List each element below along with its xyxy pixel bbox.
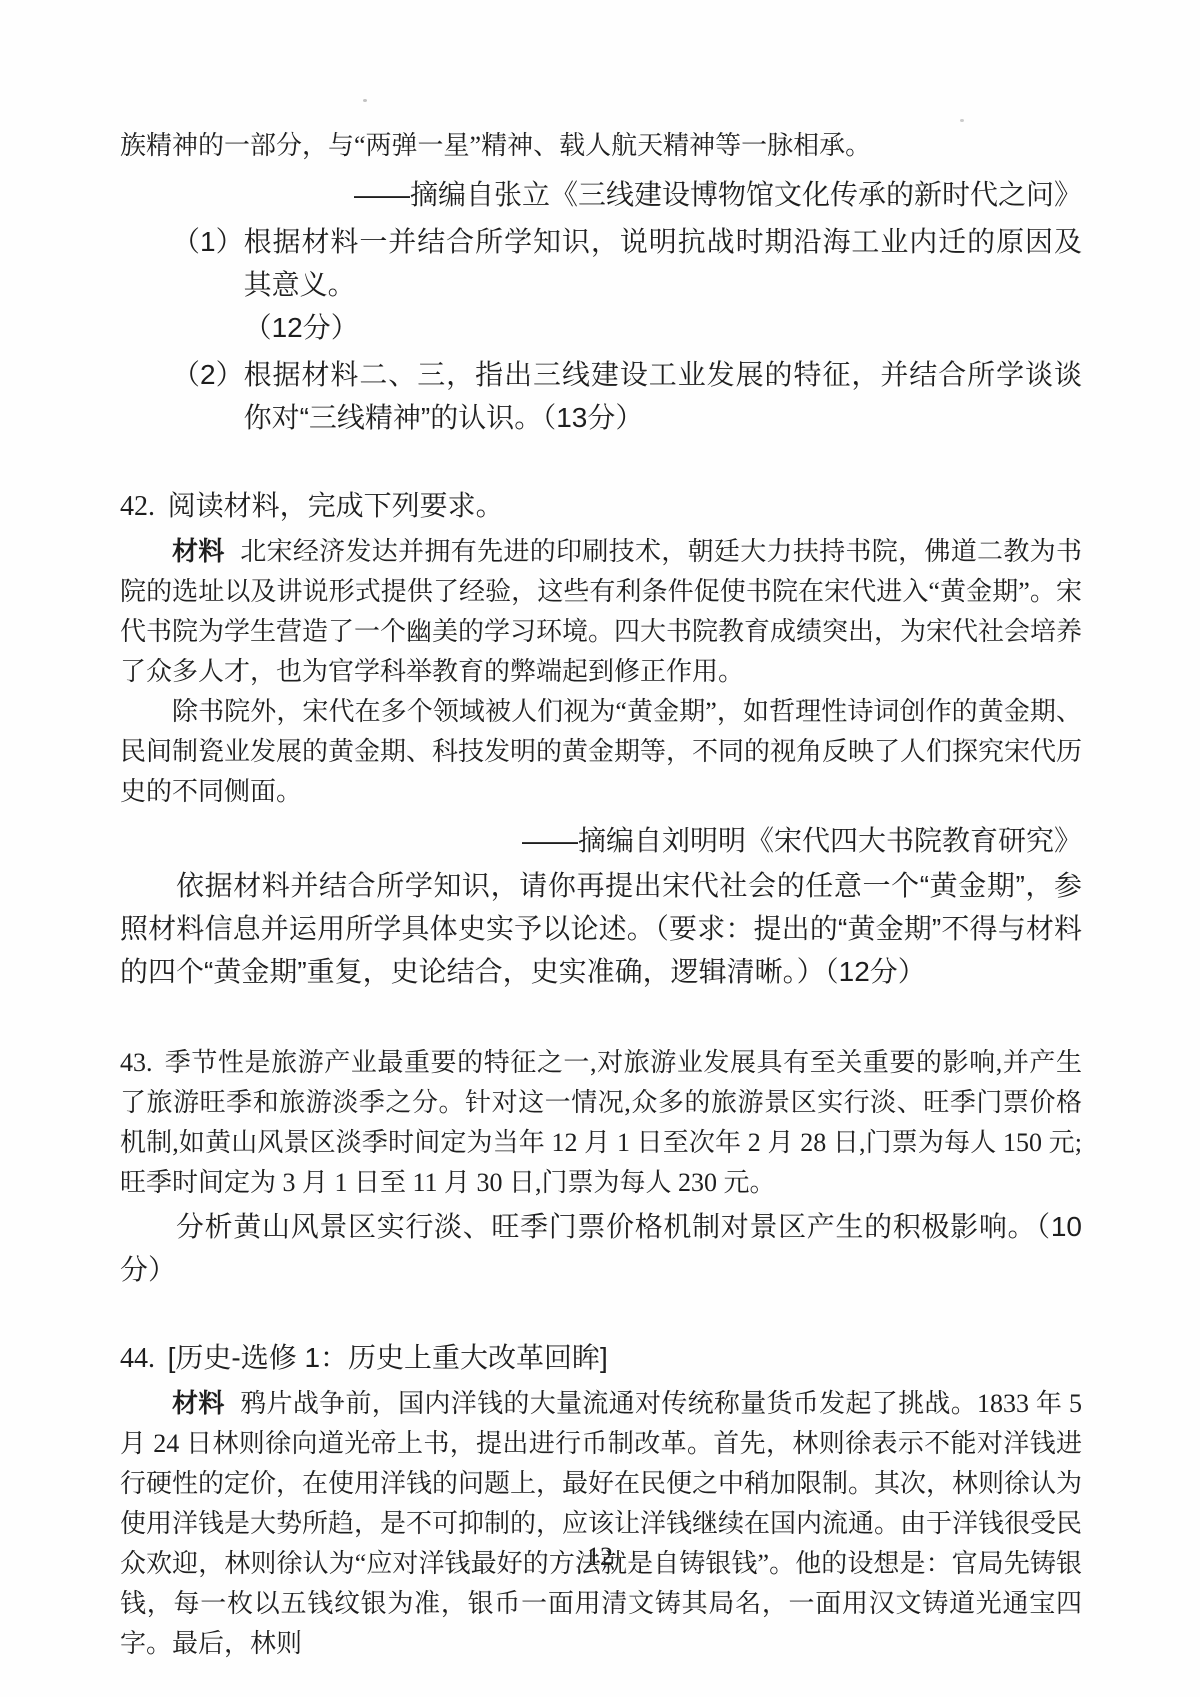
question-44-material-text: 鸦片战争前，国内洋钱的大量流通对传统称量货币发起了挑战。1833 年 5 月 2… [120,1389,1082,1658]
page-content: 族精神的一部分，与“两弹一星”精神、载人航天精神等一脉相承。 ——摘编自张立《三… [0,0,1200,1664]
sub-question-1-score: （12分） [244,306,1082,349]
question-42-task: 依据材料并结合所学知识，请你再提出宋代社会的任意一个“黄金期”，参照材料信息并运… [120,864,1082,993]
sub-question-1-label: （1） [172,220,244,349]
question-43-task: 分析黄山风景区实行淡、旺季门票价格机制对景区产生的积极影响。（10分） [120,1205,1082,1291]
question-42-instruction: 阅读材料，完成下列要求。 [168,490,504,521]
material-label: 材料 [172,1389,225,1418]
question-43-number: 43. [120,1048,153,1077]
sub-question-1: （1） 根据材料一并结合所学知识，说明抗战时期沿海工业内迁的原因及其意义。 （1… [120,220,1082,349]
material-label: 材料 [172,537,225,566]
question-41-material-overflow-line: 族精神的一部分，与“两弹一星”精神、载人航天精神等一脉相承。 [120,126,1082,166]
question-43-material: 43.季节性是旅游产业最重要的特征之一,对旅游业发展具有至关重要的影响,并产生了… [120,1043,1082,1203]
sub-question-2-text: 根据材料二、三，指出三线建设工业发展的特征，并结合所学谈谈你对“三线精神”的认识… [244,353,1082,439]
sub-question-1-body: 根据材料一并结合所学知识，说明抗战时期沿海工业内迁的原因及其意义。 （12分） [244,220,1082,349]
question-42-citation: ——摘编自刘明明《宋代四大书院教育研究》 [120,820,1082,862]
page-number: 12 [0,1542,1200,1572]
question-44-heading: 44.[历史-选修 1：历史上重大改革回眸] [120,1337,1082,1380]
question-42: 42.阅读材料，完成下列要求。 材料北宋经济发达并拥有先进的印刷技术，朝廷大力扶… [120,485,1082,993]
question-41-citation: ——摘编自张立《三线建设博物馆文化传承的新时代之问》 [120,174,1082,216]
scan-speck-icon [363,99,367,102]
exam-paper-page: 族精神的一部分，与“两弹一星”精神、载人航天精神等一脉相承。 ——摘编自张立《三… [0,0,1200,1697]
question-43: 43.季节性是旅游产业最重要的特征之一,对旅游业发展具有至关重要的影响,并产生了… [120,1043,1082,1291]
question-42-material-para-1: 材料北宋经济发达并拥有先进的印刷技术，朝廷大力扶持书院，佛道二教为书院的选址以及… [120,532,1082,692]
sub-question-1-text: 根据材料一并结合所学知识，说明抗战时期沿海工业内迁的原因及其意义。 [244,220,1082,306]
question-42-heading: 42.阅读材料，完成下列要求。 [120,485,1082,528]
scan-speck-icon [960,119,964,122]
question-41-continuation: 族精神的一部分，与“两弹一星”精神、载人航天精神等一脉相承。 ——摘编自张立《三… [120,126,1082,439]
question-44-material: 材料鸦片战争前，国内洋钱的大量流通对传统称量货币发起了挑战。1833 年 5 月… [120,1384,1082,1664]
question-42-material-para-2: 除书院外，宋代在多个领域被人们视为“黄金期”，如哲理性诗词创作的黄金期、民间制瓷… [120,692,1082,812]
question-42-material-text-1: 北宋经济发达并拥有先进的印刷技术，朝廷大力扶持书院，佛道二教为书院的选址以及讲说… [120,537,1082,686]
question-44: 44.[历史-选修 1：历史上重大改革回眸] 材料鸦片战争前，国内洋钱的大量流通… [120,1337,1082,1664]
sub-question-2: （2） 根据材料二、三，指出三线建设工业发展的特征，并结合所学谈谈你对“三线精神… [120,353,1082,439]
question-44-number: 44. [120,1343,155,1374]
question-43-material-text: 季节性是旅游产业最重要的特征之一,对旅游业发展具有至关重要的影响,并产生了旅游旺… [120,1048,1082,1197]
sub-question-2-label: （2） [172,353,244,439]
question-42-number: 42. [120,491,155,522]
question-44-title: [历史-选修 1：历史上重大改革回眸] [168,1342,608,1373]
sub-question-2-body: 根据材料二、三，指出三线建设工业发展的特征，并结合所学谈谈你对“三线精神”的认识… [244,353,1082,439]
